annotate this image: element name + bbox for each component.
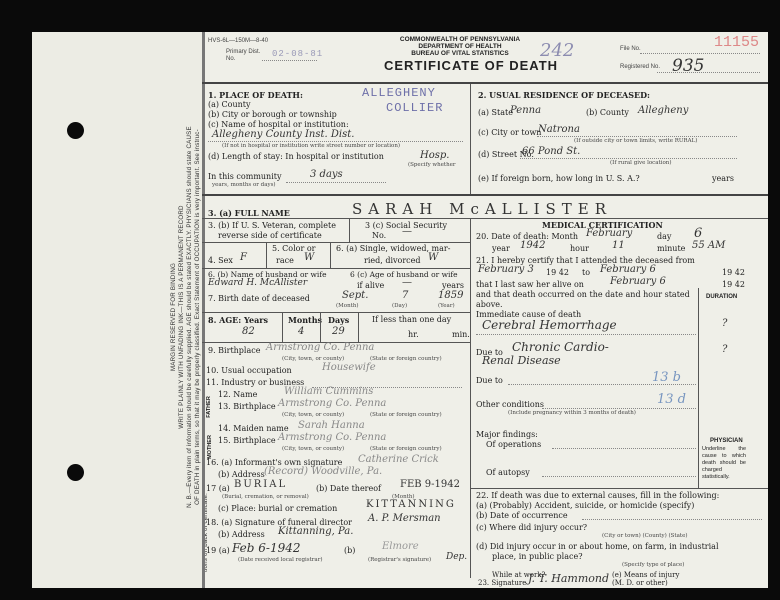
mother-birthplace-value: Armstrong Co. Penna (278, 432, 386, 443)
death-year: 1942 (520, 240, 545, 251)
res-city-label: (c) City or town (478, 128, 541, 138)
rule (470, 488, 768, 489)
binding-margin: MARGIN RESERVED FOR BINDING WRITE PLAINL… (32, 32, 202, 588)
spouse-age-value: — (402, 277, 412, 288)
operations-label: Of operations (486, 440, 541, 450)
external-causes-label: 22. If death was due to external causes,… (476, 491, 719, 501)
stay-hospital: Hosp. (420, 150, 449, 161)
ssn-value: — (402, 226, 412, 237)
attend-from: February 3 (478, 264, 534, 275)
rule (537, 136, 737, 137)
org-line2: DEPARTMENT OF HEALTH (390, 43, 530, 50)
rule (202, 242, 470, 243)
divider (358, 312, 359, 342)
accident-label: (a) (Probably) Accident, suicide, or hom… (476, 501, 694, 511)
signature-suffix: (M. D. or other) (612, 578, 668, 588)
state-note: (State or foreign country) (370, 356, 442, 363)
death-day-label: day (657, 232, 671, 242)
county-stamp: ALLEGHENY (362, 86, 436, 100)
director-value: A. P. Mersman (368, 513, 441, 524)
min-label: min. (452, 330, 470, 340)
death-hour-label: hour (570, 244, 589, 254)
specify-note: (Specify whether (408, 162, 456, 169)
rule (552, 448, 696, 449)
state-note: (State or foreign country) (370, 412, 442, 419)
mother-tag: MOTHER (205, 435, 215, 459)
city-label: (b) City or borough or township (208, 110, 337, 120)
punch-hole (67, 122, 84, 139)
community-label: In this community (208, 172, 282, 182)
occurrence-label: (b) Date of occurrence (476, 511, 568, 521)
due-to-1: Chronic Cardio- (512, 340, 609, 354)
due-to-1b: Renal Disease (482, 354, 561, 367)
city-stamp: COLLIER (386, 101, 443, 115)
signature-label: 23. Signature (478, 578, 526, 588)
full-name-label: 3. (a) FULL NAME (208, 208, 290, 218)
sex-label: 4. Sex (208, 256, 233, 266)
physician-title: PHYSICIAN (710, 436, 743, 446)
color-value: W (304, 252, 314, 263)
margin-line: WRITE PLAINLY WITH UNFADING INK—THIS IS … (178, 62, 186, 572)
physician-divider (698, 438, 699, 488)
where-note: (City or town) (County) (State) (602, 533, 688, 540)
registrar-date-note: (Date received local registrar) (238, 557, 322, 564)
ssn-label2: No. (372, 231, 386, 241)
divider (282, 312, 283, 342)
rule (208, 141, 463, 142)
last-saw-label: that I last saw her alive on (476, 280, 584, 290)
birth-year: 1859 (438, 290, 463, 301)
birth-month: Sept. (342, 290, 368, 301)
org-line1: COMMONWEALTH OF PENNSYLVANIA (390, 36, 530, 43)
burial-date-label: (b) Date thereof (316, 484, 381, 494)
res-city-value: Natrona (538, 124, 580, 135)
home-note: (Specify type of place) (622, 562, 684, 569)
year-note: (Year) (438, 303, 455, 310)
margin-instructions: MARGIN RESERVED FOR BINDING WRITE PLAINL… (170, 62, 206, 572)
state-label: (a) State (478, 108, 513, 118)
birth-date-label: 7. Birth date of deceased (208, 294, 310, 304)
major-findings-label: Major findings: (476, 430, 538, 440)
foreign-label: (e) If foreign born, how long in U. S. A… (478, 174, 640, 184)
to-label: to (582, 268, 590, 278)
age-months: 4 (298, 326, 304, 337)
color-label2: race (276, 256, 294, 266)
file-no-label: File No. (620, 46, 641, 53)
margin-line: OF DEATH in plain terms, so that it may … (194, 62, 202, 572)
margin-line: N. B.—Every item of information should b… (186, 62, 194, 572)
rule (202, 82, 768, 84)
place-of-death-heading: 1. PLACE OF DEATH: (208, 90, 303, 100)
days-label: Days (328, 315, 349, 325)
occurred-label: and that death occurred on the date and … (476, 290, 690, 300)
attend-to-year: 19 42 (722, 268, 745, 278)
rule (542, 476, 696, 477)
burial-note: (Burial, cremation, or removal) (222, 494, 309, 501)
rule (202, 194, 768, 196)
rule (520, 158, 737, 159)
mother-birthplace-label: 15. Birthplace (218, 436, 276, 446)
other-code: 13 d (657, 392, 686, 407)
sex-value: F (240, 252, 247, 263)
community-value: 3 days (310, 169, 343, 180)
last-saw: February 6 (610, 276, 666, 287)
divider (266, 242, 267, 268)
above-label: above. (476, 300, 503, 310)
last-saw-year: 19 42 (722, 280, 745, 290)
handwritten-number: 242 (540, 40, 574, 61)
duration-divider (698, 288, 699, 438)
due1-duration: ? (722, 344, 727, 355)
father-name-label: 12. Name (218, 390, 257, 400)
city-note: (City, town, or county) (282, 446, 344, 453)
burial-date-value: FEB 9-1942 (400, 479, 460, 490)
occupation-value: Housewife (322, 362, 376, 373)
birthplace-value: Armstrong Co. Penna (266, 342, 374, 353)
death-certificate: MARGIN RESERVED FOR BINDING WRITE PLAINL… (32, 32, 768, 588)
marital-label2: ried, divorced (364, 256, 421, 266)
column-divider (470, 218, 471, 578)
death-minute-label: minute (657, 244, 685, 254)
immediate-duration: ? (722, 318, 727, 329)
immediate-cause: Cerebral Hemorrhage (482, 318, 617, 332)
death-day: 6 (694, 226, 702, 241)
primary-dist-no: 02-08-81 (272, 49, 323, 59)
residence-heading: 2. USUAL RESIDENCE OF DECEASED: (478, 90, 650, 100)
attend-from-year: 19 42 (546, 268, 569, 278)
community-note: years, months or days) (212, 182, 276, 189)
registrar-sig-note: (Registrar's signature) (368, 557, 431, 564)
age-days: 29 (332, 326, 345, 337)
rule (542, 408, 696, 409)
mother-maiden-value: Sarah Hanna (298, 420, 365, 431)
where-label: (c) Where did injury occur? (476, 523, 587, 533)
occupation-label: 10. Usual occupation (206, 366, 292, 376)
county-label: (a) County (208, 100, 251, 110)
father-birthplace-label: 13. Birthplace (218, 402, 276, 412)
divider (330, 242, 331, 268)
registered-no-label: Registered No. (620, 64, 660, 71)
rule (202, 268, 470, 269)
registrar-sig-label: (b) (344, 546, 355, 556)
res-county-value: Allegheny (638, 105, 688, 116)
death-minute: 55 AM (692, 240, 725, 251)
foreign-unit: years (712, 174, 734, 184)
father-tag: FATHER (204, 396, 214, 418)
veteran-label: 3. (b) If U. S. Veteran, complete (208, 221, 336, 231)
certificate-form: HVS-6L—150M—8-40 Primary Dist. No. 02-08… (202, 32, 768, 588)
rule (262, 60, 317, 61)
divider (349, 218, 350, 242)
primary-dist-label: Primary Dist. No. (226, 49, 266, 63)
certificate-title: CERTIFICATE OF DEATH (384, 58, 558, 73)
street-note: (If rural give location) (610, 160, 671, 167)
state-note: (State or foreign country) (370, 446, 442, 453)
hospital-value: Allegheny County Inst. Dist. (212, 129, 354, 140)
divider (320, 312, 321, 342)
margin-line: MARGIN RESERVED FOR BINDING (170, 62, 178, 572)
registrar-suffix: Dep. (446, 552, 467, 562)
veteran-label2: reverse side of certificate (218, 231, 322, 241)
org-line3: BUREAU OF VITAL STATISTICS (390, 50, 530, 57)
marital-value: W (428, 252, 438, 263)
column-divider (470, 84, 471, 194)
months-label: Months (288, 315, 322, 325)
registrar-label: 19 (a) (206, 546, 230, 556)
rule (582, 519, 762, 520)
home-label: (d) Did injury occur in or about home, o… (476, 542, 719, 552)
res-city-note: (If outside city or town limits, write R… (574, 138, 697, 145)
month-note: (Month) (336, 303, 359, 310)
due2-code: 13 b (652, 370, 681, 385)
duration-label: DURATION (706, 292, 737, 302)
physician-note: Underline the cause to which death shoul… (702, 446, 746, 481)
birth-day: 7 (402, 290, 408, 301)
director-address-label: (b) Address (218, 530, 265, 540)
rule (640, 53, 760, 54)
birthplace-label: 9. Birthplace (208, 346, 260, 356)
burial-place-label: (c) Place: burial or cremation (218, 504, 337, 514)
director-address-value: Kittanning, Pa. (278, 526, 353, 537)
less-than-day-label: If less than one day (372, 315, 451, 325)
rule (286, 182, 386, 183)
age-years: 82 (242, 326, 255, 337)
day-note: (Day) (392, 303, 407, 310)
registrar-sig: Elmore (382, 541, 419, 552)
death-month: February (586, 228, 632, 239)
stay-label: (d) Length of stay: In hospital or insti… (208, 152, 384, 162)
informant-value: Catherine Crick (358, 454, 439, 465)
hospital-note: (If not in hospital or institution write… (222, 143, 400, 150)
file-no: 11155 (714, 38, 759, 48)
attend-to: February 6 (600, 264, 656, 275)
full-name-value: SARAH McALLISTER (352, 200, 612, 218)
registered-no: 935 (672, 56, 704, 76)
physician-signature: J. T. Hammond (528, 572, 609, 585)
burial-value: BURIAL (234, 479, 287, 490)
hr-label: hr. (408, 330, 419, 340)
rule (476, 334, 696, 335)
burial-place-value: KITTANNING (366, 499, 456, 510)
other-conditions-label: Other conditions (476, 400, 544, 410)
age-label: 8. AGE: Years (208, 315, 268, 325)
rule (202, 218, 768, 219)
informant-address-value: (Record) Woodville, Pa. (264, 466, 382, 477)
form-code: HVS-6L—150M—8-40 (208, 38, 268, 45)
autopsy-label: Of autopsy (486, 468, 530, 478)
city-note: (City, town, or county) (282, 412, 344, 419)
father-birthplace-value: Armstrong Co. Penna (278, 398, 386, 409)
spouse-value: Edward H. McAllister (208, 278, 307, 288)
burial-label: 17 (a) (206, 484, 230, 494)
state-value: Penna (510, 105, 541, 116)
other-note: (Include pregnancy within 3 months of de… (508, 410, 636, 417)
street-value: 66 Pond St. (522, 146, 580, 157)
registrar-date: Feb 6-1942 (232, 541, 301, 555)
death-year-label: year (492, 244, 510, 254)
res-county-label: (b) County (586, 108, 629, 118)
death-hour: 11 (612, 240, 625, 251)
rule (202, 312, 470, 313)
punch-hole (67, 464, 84, 481)
home-label2: place, in public place? (492, 552, 583, 562)
father-name-value: William Cummins (284, 386, 373, 397)
due-to-label-2: Due to (476, 376, 503, 386)
